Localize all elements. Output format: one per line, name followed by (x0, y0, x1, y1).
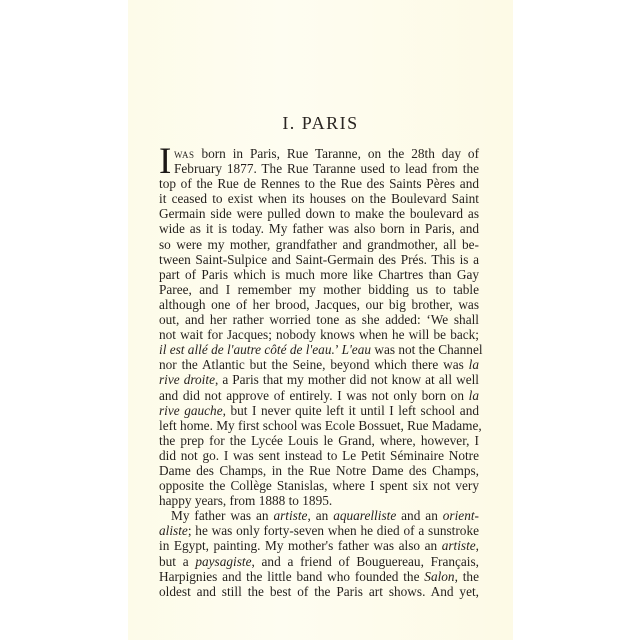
italic-text: Salon (424, 569, 454, 584)
text-segment: ; he was only forty-seven when he died o… (188, 523, 479, 538)
text-segment: , (476, 538, 479, 553)
text-line: but a paysagiste, and a friend of Bougue… (159, 554, 479, 569)
italic-text: la (469, 357, 479, 372)
text-segment: part of Paris which is much more like Ch… (159, 267, 479, 282)
text-segment: ’ (335, 342, 342, 357)
body-text: I was born in Paris, Rue Taranne, on the… (159, 146, 479, 599)
text-line: top of the Rue de Rennes to the Rue des … (159, 176, 479, 191)
text-segment: it ceased to exist when its houses on th… (159, 191, 479, 206)
text-segment: not wait for Jacques; nobody knows when … (159, 327, 479, 342)
text-segment: My father was an (171, 508, 273, 523)
text-line: Germain side were pulled down to make th… (159, 206, 479, 221)
text-line: Paree, and I remember my mother bidding … (159, 282, 479, 297)
text-line: happy years, from 1888 to 1895. (159, 493, 479, 508)
text-segment: happy years, from 1888 to 1895. (159, 493, 332, 508)
text-line: February 1877. The Rue Taranne used to l… (159, 161, 479, 176)
small-caps-word: was (174, 146, 195, 161)
text-line: the prep for the Lycée Louis le Grand, w… (159, 433, 479, 448)
text-line: aliste; he was only forty-seven when he … (159, 523, 479, 538)
text-line: oldest and still the best of the Paris a… (159, 584, 479, 599)
text-segment: so were my mother, grandfather and grand… (159, 237, 479, 252)
text-segment: left home. My first school was Ecole Bos… (159, 418, 482, 433)
text-line: so were my mother, grandfather and grand… (159, 237, 479, 252)
text-segment: , a Paris that my mother did not know at… (215, 372, 479, 387)
text-segment: Harpignies and the little band who found… (159, 569, 424, 584)
text-segment: but a (159, 554, 195, 569)
text-segment: born in Paris, Rue Taranne, on the 28th … (195, 146, 479, 161)
text-segment: was not the Channel (371, 342, 483, 357)
text-segment: , and a friend of Bouguereau, Français, (251, 554, 479, 569)
text-line: rive gauche, but I never quite left it u… (159, 403, 479, 418)
text-segment: Paree, and I remember my mother bidding … (159, 282, 479, 297)
italic-text: artiste (273, 508, 307, 523)
text-line: left home. My first school was Ecole Bos… (159, 418, 479, 433)
italic-text: il est allé de l'autre côté de l'eau. (159, 342, 335, 357)
italic-text: artiste (442, 538, 476, 553)
text-segment: in Egypt, painting. My mother's father w… (159, 538, 442, 553)
text-segment: wide as it is today. My father was also … (159, 221, 479, 236)
text-segment: Dame des Champs, in the Rue Notre Dame d… (159, 463, 479, 478)
text-line: not wait for Jacques; nobody knows when … (159, 327, 479, 342)
italic-text: paysagiste (195, 554, 251, 569)
text-segment: did not go. I was sent instead to Le Pet… (159, 448, 479, 463)
text-segment: , the (455, 569, 479, 584)
text-line: wide as it is today. My father was also … (159, 221, 479, 236)
text-line: was born in Paris, Rue Taranne, on the 2… (159, 146, 479, 161)
text-segment: nor the Atlantic but the Seine, beyond w… (159, 357, 469, 372)
drop-cap: I (159, 147, 171, 177)
italic-text: L'eau (342, 342, 371, 357)
text-line: rive droite, a Paris that my mother did … (159, 372, 479, 387)
text-segment: the prep for the Lycée Louis le Grand, w… (159, 433, 479, 448)
italic-text: rive droite (159, 372, 215, 387)
text-line: nor the Atlantic but the Seine, beyond w… (159, 357, 479, 372)
text-segment: and an (396, 508, 443, 523)
text-line: Dame des Champs, in the Rue Notre Dame d… (159, 463, 479, 478)
chapter-title: I. PARIS (128, 113, 513, 134)
text-line: and did not approve of entirely. I was n… (159, 388, 479, 403)
text-segment: Germain side were pulled down to make th… (159, 206, 479, 221)
text-line: although one of her brood, Jacques, our … (159, 297, 479, 312)
book-page: I. PARIS I was born in Paris, Rue Tarann… (128, 0, 513, 640)
text-segment: opposite the Collège Stanislas, where I … (159, 478, 479, 493)
text-segment: top of the Rue de Rennes to the Rue des … (159, 176, 479, 191)
text-segment: , an (307, 508, 333, 523)
text-line: opposite the Collège Stanislas, where I … (159, 478, 479, 493)
italic-text: rive gauche (159, 403, 223, 418)
italic-text: aquarelliste (333, 508, 396, 523)
italic-text: la (469, 388, 479, 403)
text-segment: although one of her brood, Jacques, our … (159, 297, 479, 312)
text-segment: and did not approve of entirely. I was n… (159, 388, 469, 403)
text-line: it ceased to exist when its houses on th… (159, 191, 479, 206)
text-line: in Egypt, painting. My mother's father w… (159, 538, 479, 553)
text-segment: tween Saint-Sulpice and Saint-Germain de… (159, 252, 479, 267)
text-segment: , but I never quite left it until I left… (223, 403, 479, 418)
italic-text: aliste (159, 523, 188, 538)
text-line: part of Paris which is much more like Ch… (159, 267, 479, 282)
italic-text: orient- (443, 508, 479, 523)
text-line: Harpignies and the little band who found… (159, 569, 479, 584)
text-line: out, and her rather worried tone as she … (159, 312, 479, 327)
text-segment: oldest and still the best of the Paris a… (159, 584, 479, 599)
text-segment: February 1877. The Rue Taranne used to l… (174, 161, 479, 176)
text-line: did not go. I was sent instead to Le Pet… (159, 448, 479, 463)
text-line: My father was an artiste, an aquarellist… (159, 508, 479, 523)
text-line: tween Saint-Sulpice and Saint-Germain de… (159, 252, 479, 267)
text-line: il est allé de l'autre côté de l'eau.’ L… (159, 342, 479, 357)
text-segment: out, and her rather worried tone as she … (159, 312, 479, 327)
